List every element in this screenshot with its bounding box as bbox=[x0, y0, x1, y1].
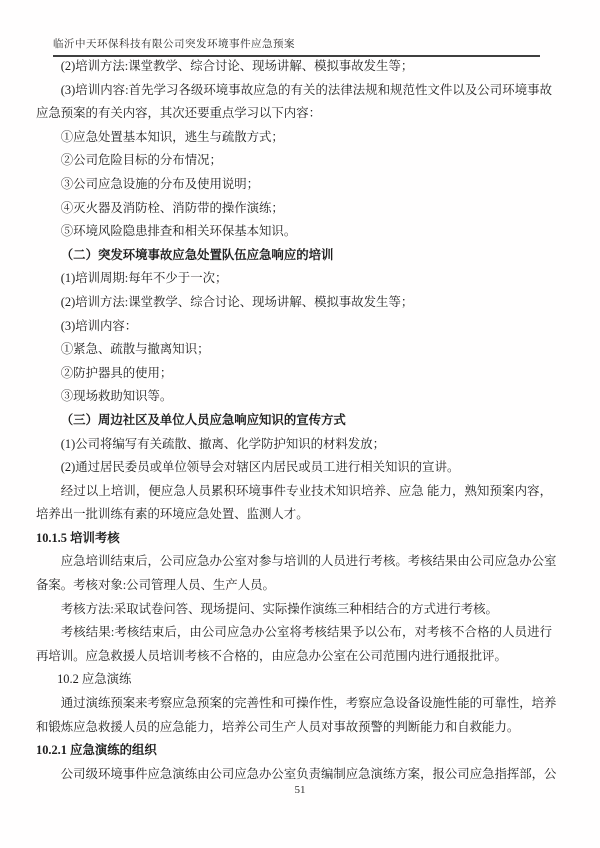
text-line: (2)培训方法:课堂教学、综合讨论、现场讲解、模拟事故发生等； bbox=[36, 55, 552, 79]
text-line: 通过演练预案来考察应急预案的完善性和可操作性，考察应急设备设施性能的可靠性，培养 bbox=[36, 692, 552, 716]
text-line: 考核结果:考核结束后，由公司应急办公室将考核结果予以公布，对考核不合格的人员进行 bbox=[36, 621, 552, 645]
text-line: ①紧急、疏散与撤离知识； bbox=[36, 338, 552, 362]
document-body: (2)培训方法:课堂教学、综合讨论、现场讲解、模拟事故发生等；(3)培训内容:首… bbox=[36, 55, 552, 786]
text-line: 应急预案的有关内容，其次还要重点学习以下内容： bbox=[36, 102, 552, 126]
text-line: ③现场救助知识等。 bbox=[36, 385, 552, 409]
text-line: ④灭火器及消防栓、消防带的操作演练； bbox=[36, 197, 552, 221]
document-page: 临沂中天环保科技有限公司突发环境事件应急预案 (2)培训方法:课堂教学、综合讨论… bbox=[0, 0, 600, 848]
page-footer: 51 bbox=[0, 784, 600, 796]
text-line: 应急培训结束后，公司应急办公室对参与培训的人员进行考核。考核结果由公司应急办公室 bbox=[36, 550, 552, 574]
text-line: (2)培训方法:课堂教学、综合讨论、现场讲解、模拟事故发生等； bbox=[36, 291, 552, 315]
section-heading: 10.2.1 应急演练的组织 bbox=[36, 739, 552, 763]
text-line: ⑤环境风险隐患排查和相关环保基本知识。 bbox=[36, 220, 552, 244]
text-line: 经过以上培训，便应急人员累积环境事件专业技术知识培养、应急 能力，熟知预案内容， bbox=[36, 480, 552, 504]
text-line: ③公司应急设施的分布及使用说明； bbox=[36, 173, 552, 197]
text-line: (1)公司将编写有关疏散、撤离、化学防护知识的材料发放； bbox=[36, 433, 552, 457]
text-line: 备案。考核对象:公司管理人员、生产人员。 bbox=[36, 574, 552, 598]
text-line: 和锻炼应急救援人员的应急能力，培养公司生产人员对事故预警的判断能力和自救能力。 bbox=[36, 716, 552, 740]
section-heading: 10.1.5 培训考核 bbox=[36, 527, 552, 551]
text-line: (3)培训内容： bbox=[36, 315, 552, 339]
text-line: (1)培训周期:每年不少于一次； bbox=[36, 267, 552, 291]
text-line: 培养出一批训练有素的环境应急处置、监测人才。 bbox=[36, 503, 552, 527]
text-line: ②防护器具的使用； bbox=[36, 362, 552, 386]
text-line: 考核方法:采取试卷问答、现场提问、实际操作演练三种相结合的方式进行考核。 bbox=[36, 598, 552, 622]
text-line: ②公司危险目标的分布情况； bbox=[36, 149, 552, 173]
text-line: (2)通过居民委员或单位领导会对辖区内居民或员工进行相关知识的宣讲。 bbox=[36, 456, 552, 480]
page-number: 51 bbox=[295, 784, 306, 796]
page-header-title: 临沂中天环保科技有限公司突发环境事件应急预案 bbox=[53, 39, 295, 50]
text-line: ①应急处置基本知识，逃生与疏散方式； bbox=[36, 126, 552, 150]
text-line: 10.2 应急演练 bbox=[36, 668, 552, 692]
section-heading: （二）突发环境事故应急处置队伍应急响应的培训 bbox=[36, 244, 552, 268]
text-line: 公司级环境事件应急演练由公司应急办公室负责编制应急演练方案，报公司应急指挥部，公 bbox=[36, 763, 552, 787]
section-heading: （三）周边社区及单位人员应急响应知识的宣传方式 bbox=[36, 409, 552, 433]
text-line: (3)培训内容:首先学习各级环境事故应急的有关的法律法规和规范性文件以及公司环境… bbox=[36, 79, 552, 103]
text-line: 再培训。应急救援人员培训考核不合格的，由应急办公室在公司范围内进行通报批评。 bbox=[36, 645, 552, 669]
